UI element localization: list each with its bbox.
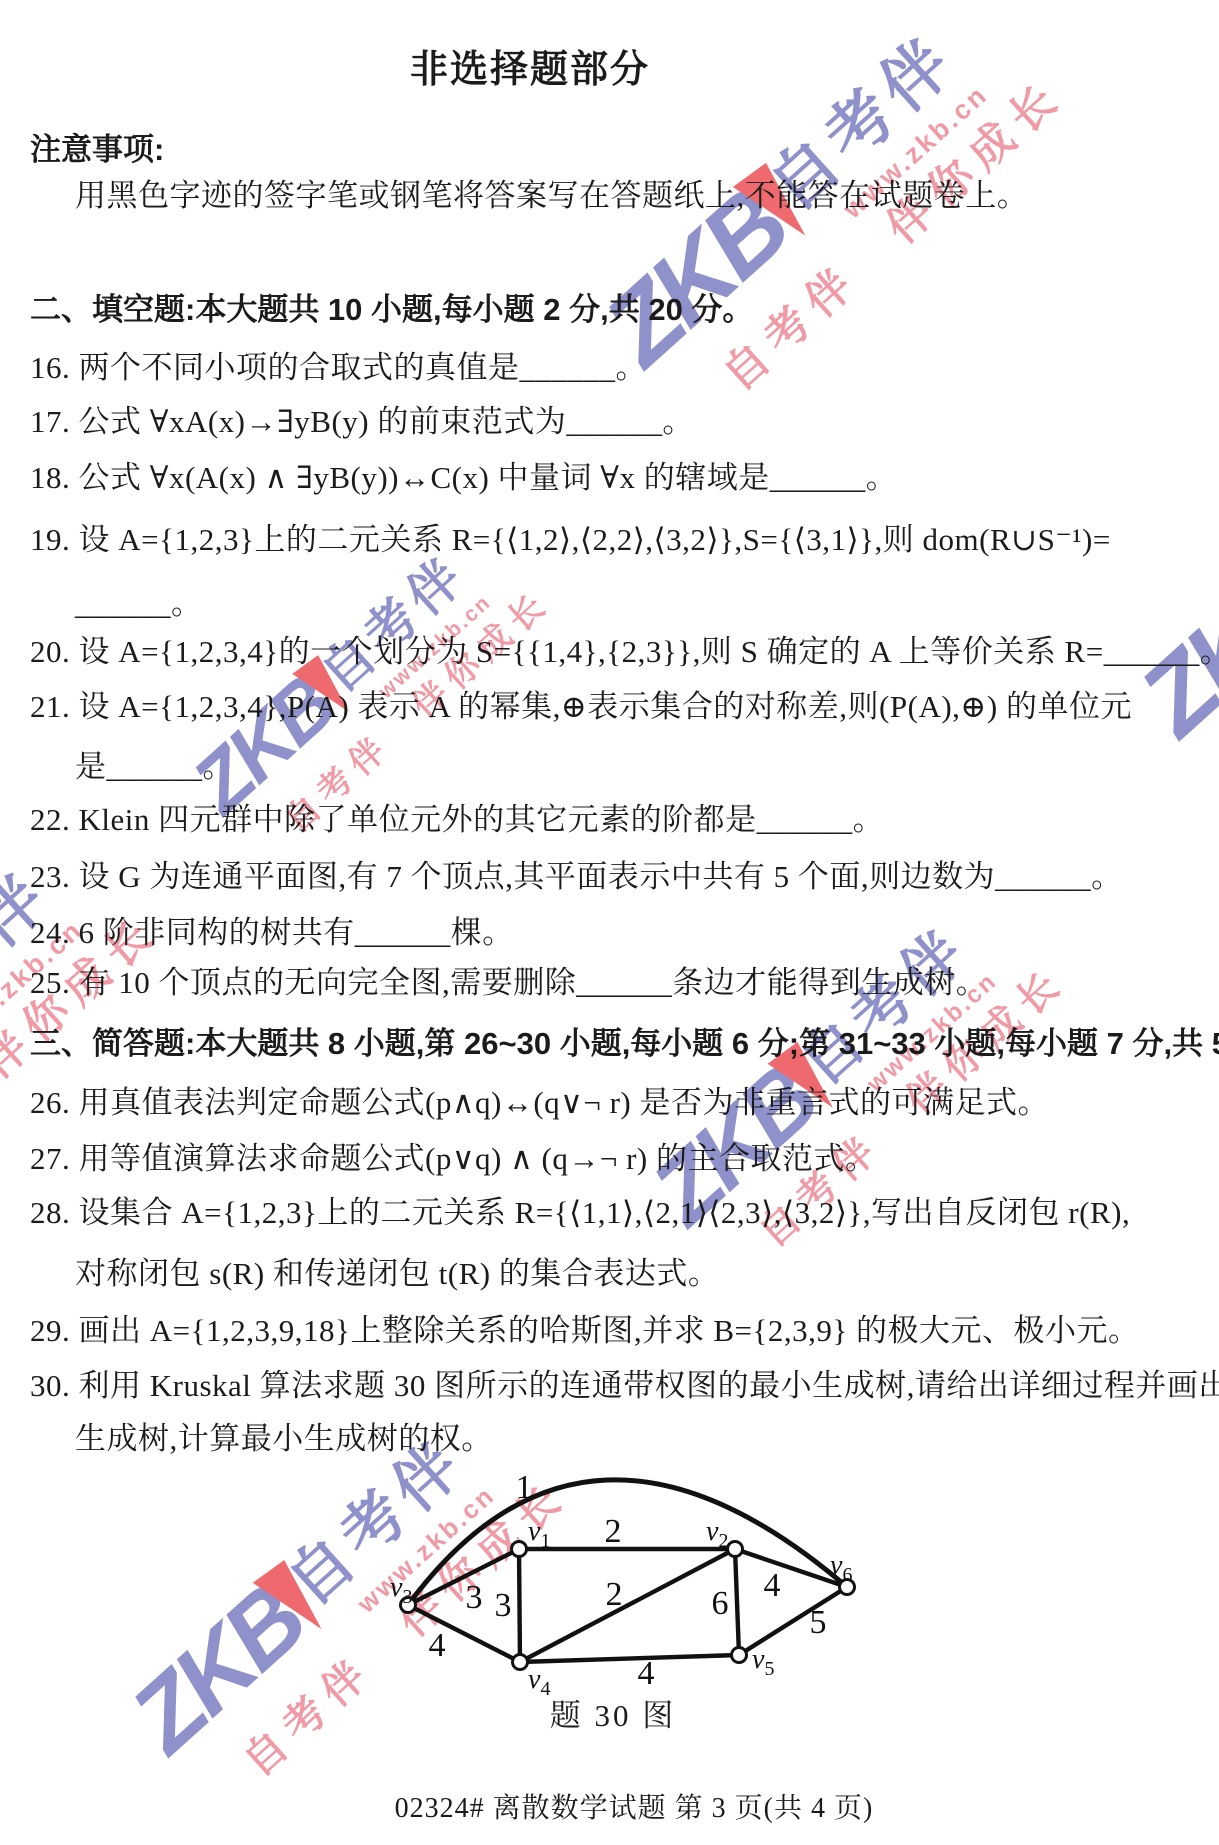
- graph-vertex-v2: [728, 1542, 743, 1557]
- graph-vertex-label-v6: v6: [830, 1550, 852, 1586]
- question-19-line-2: ______。: [75, 578, 203, 623]
- edge-weight-v4-v2: 2: [606, 1576, 623, 1613]
- question-28-line-1: 28. 设集合 A={1,2,3}上的二元关系 R={⟨1,1⟩,⟨2,1⟩⟨2…: [30, 1187, 1130, 1232]
- graph-vertex-label-v5: v5: [752, 1644, 774, 1680]
- section-short-answer-header: 三、简答题:本大题共 8 小题,第 26~30 小题,每小题 6 分;第 31~…: [30, 1018, 1219, 1063]
- question-20: 20. 设 A={1,2,3,4}的一个划分为 S={{1,4},{2,3}},…: [30, 626, 1219, 671]
- graph-edge-v4-v2: [520, 1549, 735, 1662]
- question-21-line-1: 21. 设 A={1,2,3,4},P(A) 表示 A 的幂集,⊕表示集合的对称…: [30, 681, 1132, 726]
- graph-vertex-label-v3: v3: [390, 1572, 412, 1608]
- question-30-line-1: 30. 利用 Kruskal 算法求题 30 图所示的连通带权图的最小生成树,请…: [30, 1360, 1219, 1405]
- question-19-line-1: 19. 设 A={1,2,3}上的二元关系 R={⟨1,2⟩,⟨2,2⟩,⟨3,…: [30, 514, 1111, 559]
- question-21-line-2: 是______。: [75, 741, 234, 786]
- question-18: 18. 公式 ∀x(A(x) ∧ ∃yB(y))↔C(x) 中量词 ∀x 的辖域…: [30, 452, 897, 497]
- graph-vertex-label-v2: v2: [706, 1516, 728, 1552]
- exam-page: ZKB自考伴 www.zkb.cn 自考伴伴你成长 ZKB自考伴 www.zkb…: [0, 0, 1219, 1845]
- section-fill-blank-header: 二、填空题:本大题共 10 小题,每小题 2 分,共 20 分。: [30, 284, 753, 329]
- edge-weight-v3-v1: 3: [466, 1579, 483, 1616]
- question-28-line-2: 对称闭包 s(R) 和传递闭包 t(R) 的集合表达式。: [75, 1248, 719, 1293]
- graph-vertex-label-v1: v1: [528, 1516, 550, 1552]
- graph-edge-v2-v5: [735, 1549, 739, 1655]
- question-27: 27. 用等值演算法求命题公式(p∨q) ∧ (q→¬ r) 的主合取范式。: [30, 1133, 876, 1178]
- graph-vertex-v1: [512, 1542, 527, 1557]
- edge-weight-v2-v6: 4: [764, 1567, 781, 1604]
- notice-label: 注意事项:: [30, 124, 164, 169]
- edge-weight-v3-v4: 4: [429, 1627, 446, 1664]
- graph-edge-v1-v4: [519, 1549, 520, 1662]
- question-25: 25. 有 10 个顶点的无向完全图,需要删除______条边才能得到生成树。: [30, 957, 987, 1002]
- graph-vertex-v4: [513, 1655, 528, 1670]
- question-30-weighted-graph: v1v2v3v4v5v61233264445: [380, 1440, 880, 1730]
- page-title: 非选择题部分: [0, 38, 1060, 93]
- graph-vertex-v5: [732, 1648, 747, 1663]
- notice-text: 用黑色字迹的签字笔或钢笔将答案写在答题纸上,不能答在试题卷上。: [75, 170, 1028, 215]
- question-22: 22. Klein 四元群中除了单位元外的其它元素的阶都是______。: [30, 794, 884, 839]
- question-16: 16. 两个不同小项的合取式的真值是______。: [30, 342, 647, 387]
- edge-weight-v4-v5: 4: [638, 1655, 655, 1692]
- question-26: 26. 用真值表法判定命题公式(p∧q)↔(q∨¬ r) 是否为非重言式的可满足…: [30, 1077, 1049, 1122]
- page-footer: 02324# 离散数学试题 第 3 页(共 4 页): [0, 1786, 1219, 1826]
- edge-weight-v1-v4: 3: [495, 1587, 512, 1624]
- edge-weight-v2-v5: 6: [712, 1585, 729, 1622]
- edge-weight-v5-v6: 5: [810, 1604, 827, 1641]
- question-29: 29. 画出 A={1,2,3,9,18}上整除关系的哈斯图,并求 B={2,3…: [30, 1305, 1140, 1350]
- question-17: 17. 公式 ∀xA(x)→∃yB(y) 的前束范式为______。: [30, 396, 694, 441]
- question-23: 23. 设 G 为连通平面图,有 7 个顶点,其平面表示中共有 5 个面,则边数…: [30, 851, 1123, 896]
- edge-weight-v3-v6: 1: [516, 1469, 533, 1506]
- figure-caption: 题 30 图: [463, 1690, 763, 1735]
- edge-weight-v1-v2: 2: [605, 1513, 622, 1550]
- exam-content: 非选择题部分 注意事项: 用黑色字迹的签字笔或钢笔将答案写在答题纸上,不能答在试…: [0, 0, 1219, 1845]
- question-24: 24. 6 阶非同构的树共有______棵。: [30, 907, 514, 952]
- graph-edge-v4-v5: [520, 1655, 739, 1662]
